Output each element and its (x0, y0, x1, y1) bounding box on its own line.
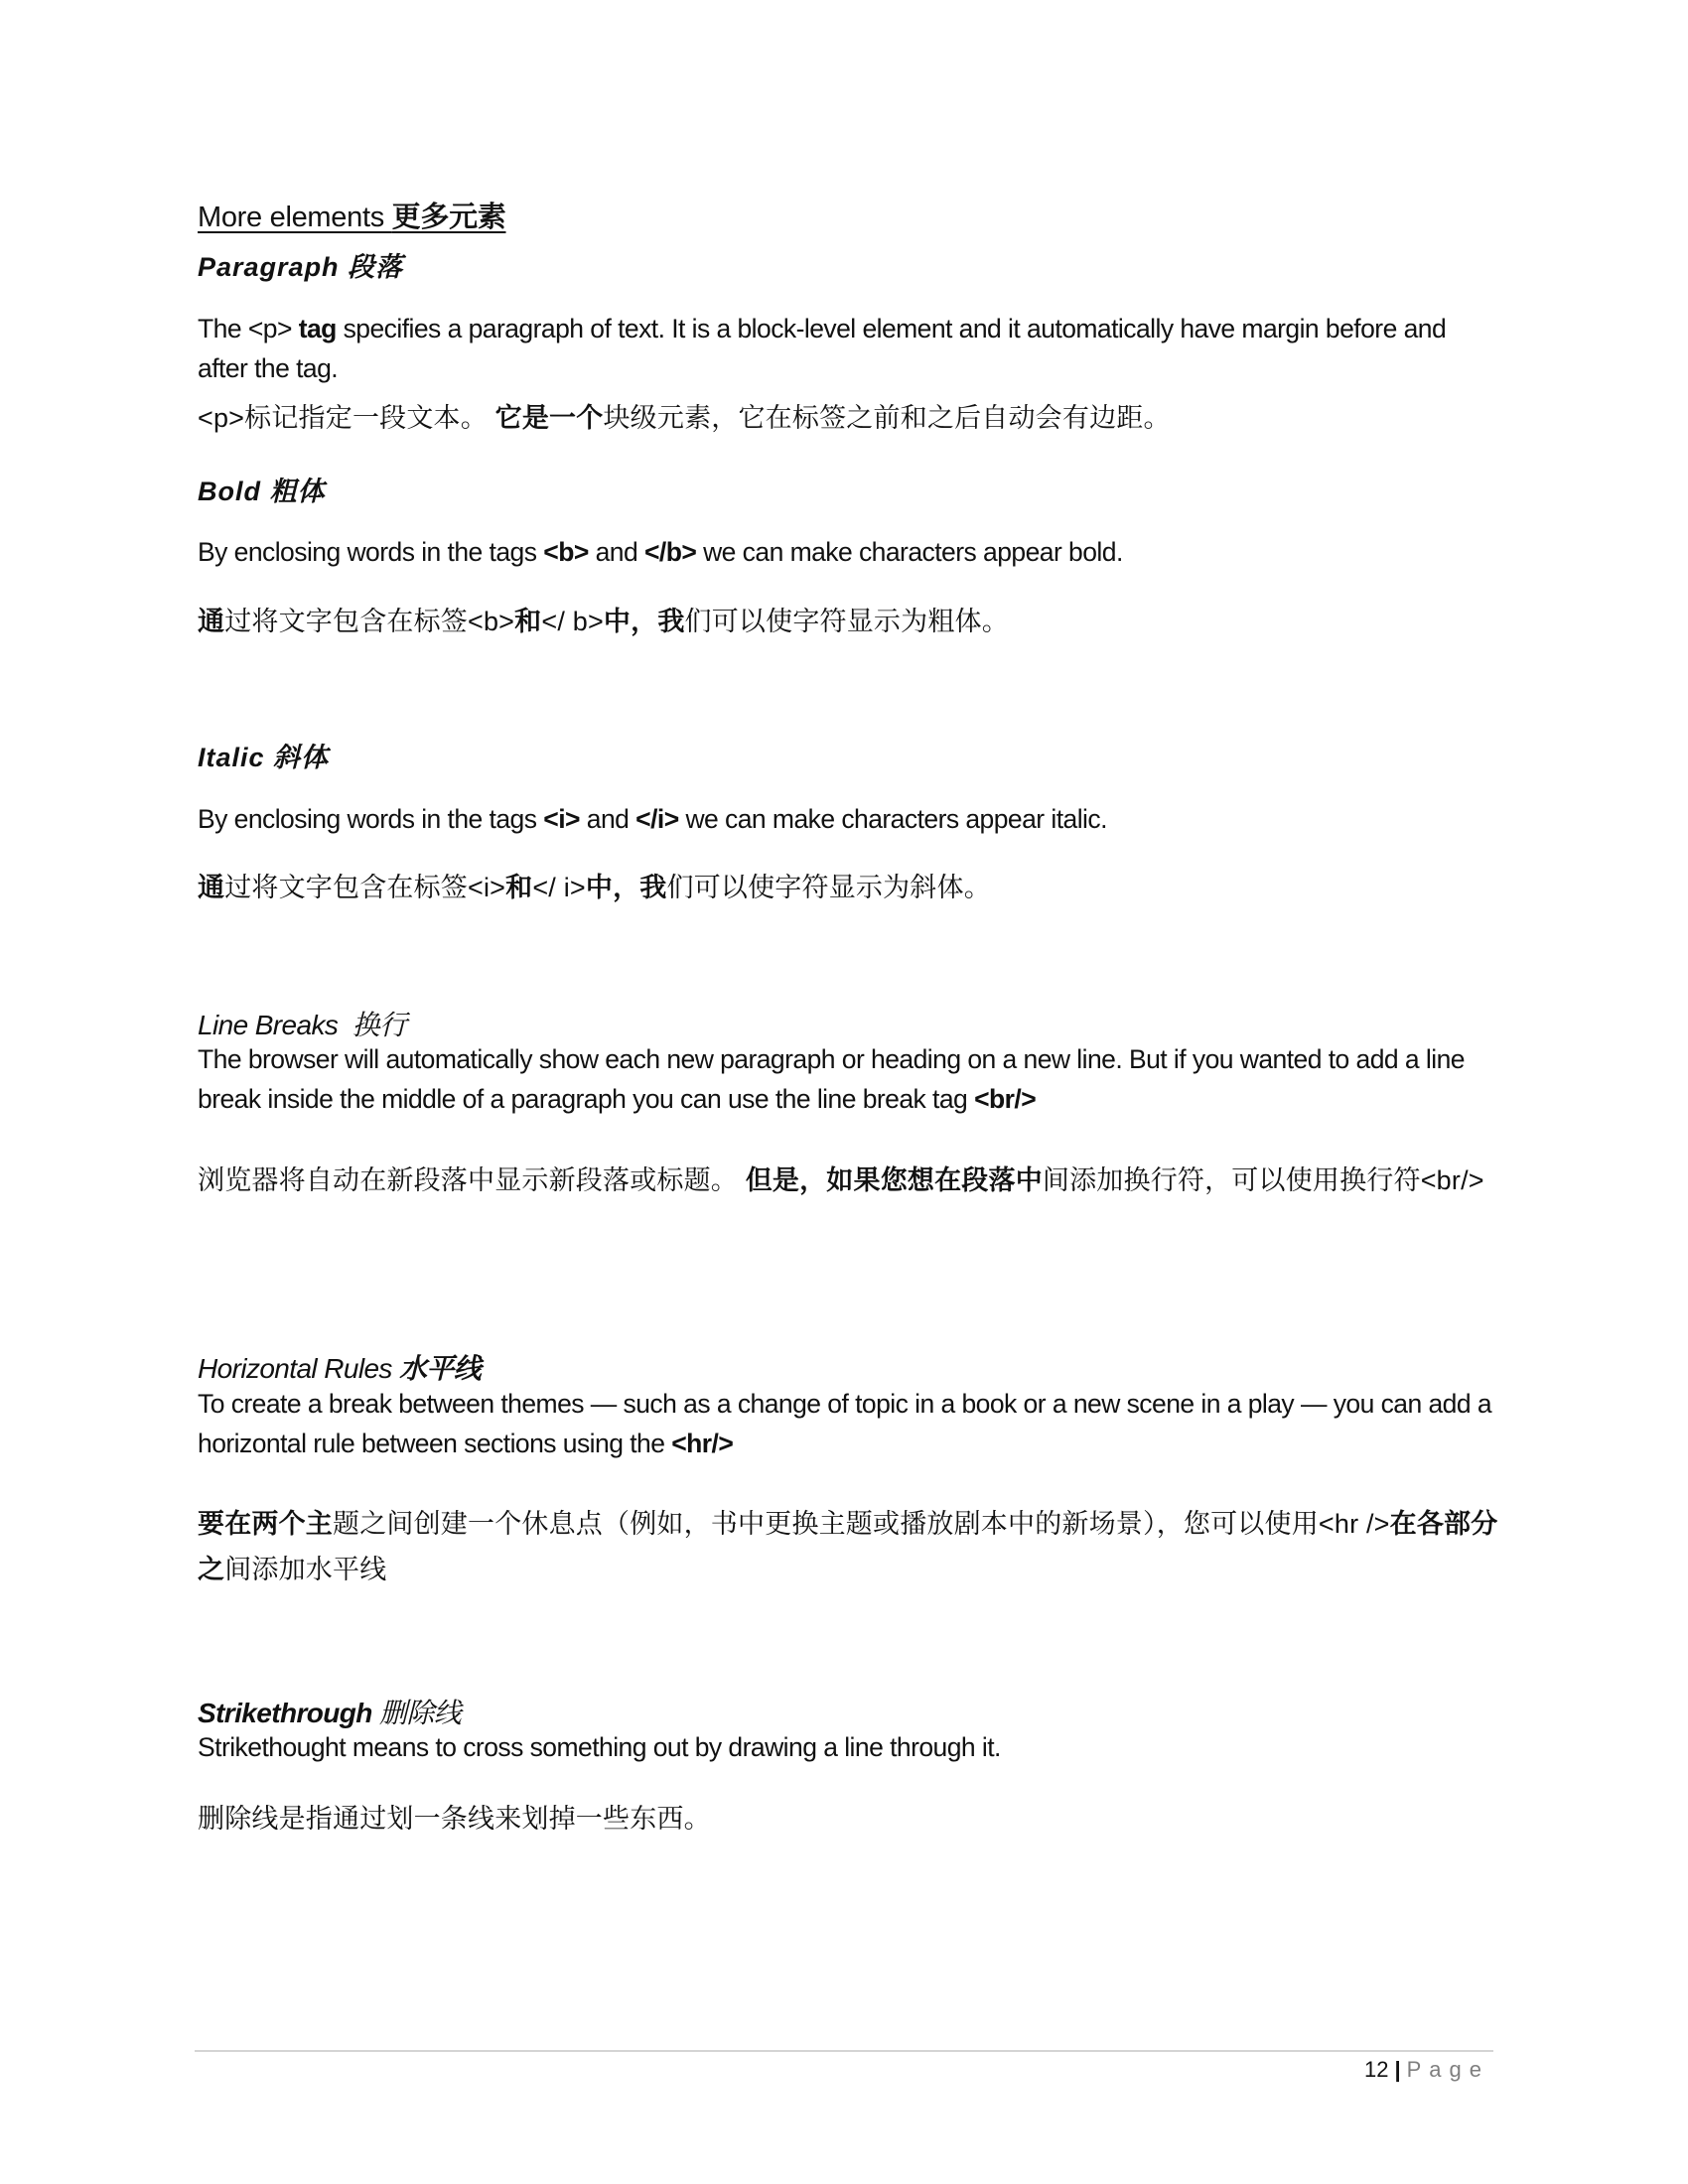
title-en: More elements (198, 202, 392, 233)
horizontal-rules-zh-text: 要在两个主题之间创建一个休息点（例如，书中更换主题或播放剧本中的新场景），您可以… (198, 1501, 1498, 1592)
text-run: <p>标记指定一段文本。 (198, 403, 495, 433)
page-label: Page (1407, 2057, 1489, 2082)
text-run: 块级元素，它在标签之前和之后自动会有边距。 (603, 403, 1170, 433)
bold-run: 但是，如果您想在段落中 (746, 1165, 1043, 1195)
bold-run: 和 (514, 607, 541, 636)
text-run: 浏览器将自动在新段落中显示新段落或标题。 (198, 1165, 746, 1195)
bold-run: 它是一个 (495, 403, 604, 433)
bold-run: 中，我 (586, 873, 667, 902)
heading-bold: Bold 粗体 (198, 470, 1498, 508)
paragraph-en-text: The <p> tag specifies a paragraph of tex… (198, 309, 1498, 388)
text-run: 题之间创建一个休息点（例如，书中更换主题或播放剧本中的新场景），您可以使用<hr… (333, 1509, 1390, 1539)
heading-zh: 水平线 (399, 1353, 481, 1384)
text-run: 间添加换行符，可以使用换行符<br/> (1043, 1165, 1484, 1195)
heading-zh: 删除线 (379, 1698, 461, 1728)
heading-horizontal-rules: Horizontal Rules 水平线 (198, 1347, 1498, 1387)
bold-run: tag (292, 314, 337, 343)
tag-code: <br/> (974, 1084, 1036, 1114)
footer-separator: | (1394, 2057, 1400, 2082)
text-run: By enclosing words in the tags (198, 537, 543, 567)
text-run: By enclosing words in the tags (198, 804, 543, 834)
text-run: 们可以使字符显示为粗体。 (685, 607, 1009, 636)
bold-run: 和 (505, 873, 532, 902)
strikethrough-zh-text: 删除线是指通过划一条线来划掉一些东西。 (198, 1796, 1498, 1842)
document-page: More elements 更多元素 Paragraph 段落 The <p> … (0, 0, 1688, 2184)
line-breaks-en-text: The browser will automatically show each… (198, 1039, 1498, 1119)
heading-zh: 换行 (352, 1010, 407, 1040)
bold-run: 通 (198, 607, 224, 636)
text-run: 们可以使字符显示为斜体。 (667, 873, 991, 902)
heading-en: Strikethrough (198, 1698, 379, 1728)
text-run: To create a break between themes — such … (198, 1389, 1491, 1458)
text-run: and (589, 537, 644, 567)
horizontal-rules-en-text: To create a break between themes — such … (198, 1384, 1498, 1463)
bold-run: 中，我 (604, 607, 685, 636)
page-footer: 12|Page (1291, 2055, 1489, 2085)
tag-code: <b> (543, 537, 589, 567)
page-title: More elements 更多元素 (198, 195, 1498, 235)
text-run: 过将文字包含在标签<b> (224, 607, 514, 636)
paragraph-zh-text: <p>标记指定一段文本。 它是一个块级元素，它在标签之前和之后自动会有边距。 (198, 395, 1498, 441)
page-number: 12 (1364, 2057, 1388, 2082)
text-run: 过将文字包含在标签<i> (224, 873, 505, 902)
line-breaks-zh-text: 浏览器将自动在新段落中显示新段落或标题。 但是，如果您想在段落中间添加换行符，可… (198, 1158, 1498, 1203)
text-run: we can make characters appear italic. (679, 804, 1107, 834)
text-run: The browser will automatically show each… (198, 1044, 1465, 1114)
italic-zh-text: 通过将文字包含在标签<i>和</ i>中，我们可以使字符显示为斜体。 (198, 865, 1498, 910)
heading-italic: Italic 斜体 (198, 736, 1498, 774)
tag-code: </i> (635, 804, 678, 834)
text-run: we can make characters appear bold. (696, 537, 1122, 567)
text-run: </ i> (532, 873, 586, 902)
heading-en: Horizontal Rules (198, 1353, 399, 1384)
heading-strikethrough: Strikethrough 删除线 (198, 1692, 1498, 1731)
title-zh: 更多元素 (392, 202, 506, 233)
text-run: The (198, 314, 248, 343)
tag-code: <hr/> (671, 1429, 733, 1458)
bold-run: 要在两个主 (198, 1509, 333, 1539)
text-run: </ b> (541, 607, 604, 636)
tag-code: <p> (248, 314, 292, 343)
strikethrough-en-text: Strikethought means to cross something o… (198, 1727, 1498, 1767)
heading-paragraph: Paragraph 段落 (198, 245, 1498, 284)
tag-code: <i> (543, 804, 580, 834)
footer-divider (195, 2050, 1493, 2052)
text-run: 间添加水平线 (224, 1555, 386, 1584)
heading-en: Line Breaks (198, 1010, 352, 1040)
heading-line-breaks: Line Breaks 换行 (198, 1004, 1498, 1043)
text-run: and (580, 804, 635, 834)
bold-zh-text: 通过将文字包含在标签<b>和</ b>中，我们可以使字符显示为粗体。 (198, 599, 1498, 644)
text-run: specifies a paragraph of text. It is a b… (198, 314, 1446, 383)
bold-run: 通 (198, 873, 224, 902)
tag-code: </b> (644, 537, 696, 567)
bold-en-text: By enclosing words in the tags <b> and <… (198, 532, 1498, 572)
italic-en-text: By enclosing words in the tags <i> and <… (198, 799, 1498, 839)
